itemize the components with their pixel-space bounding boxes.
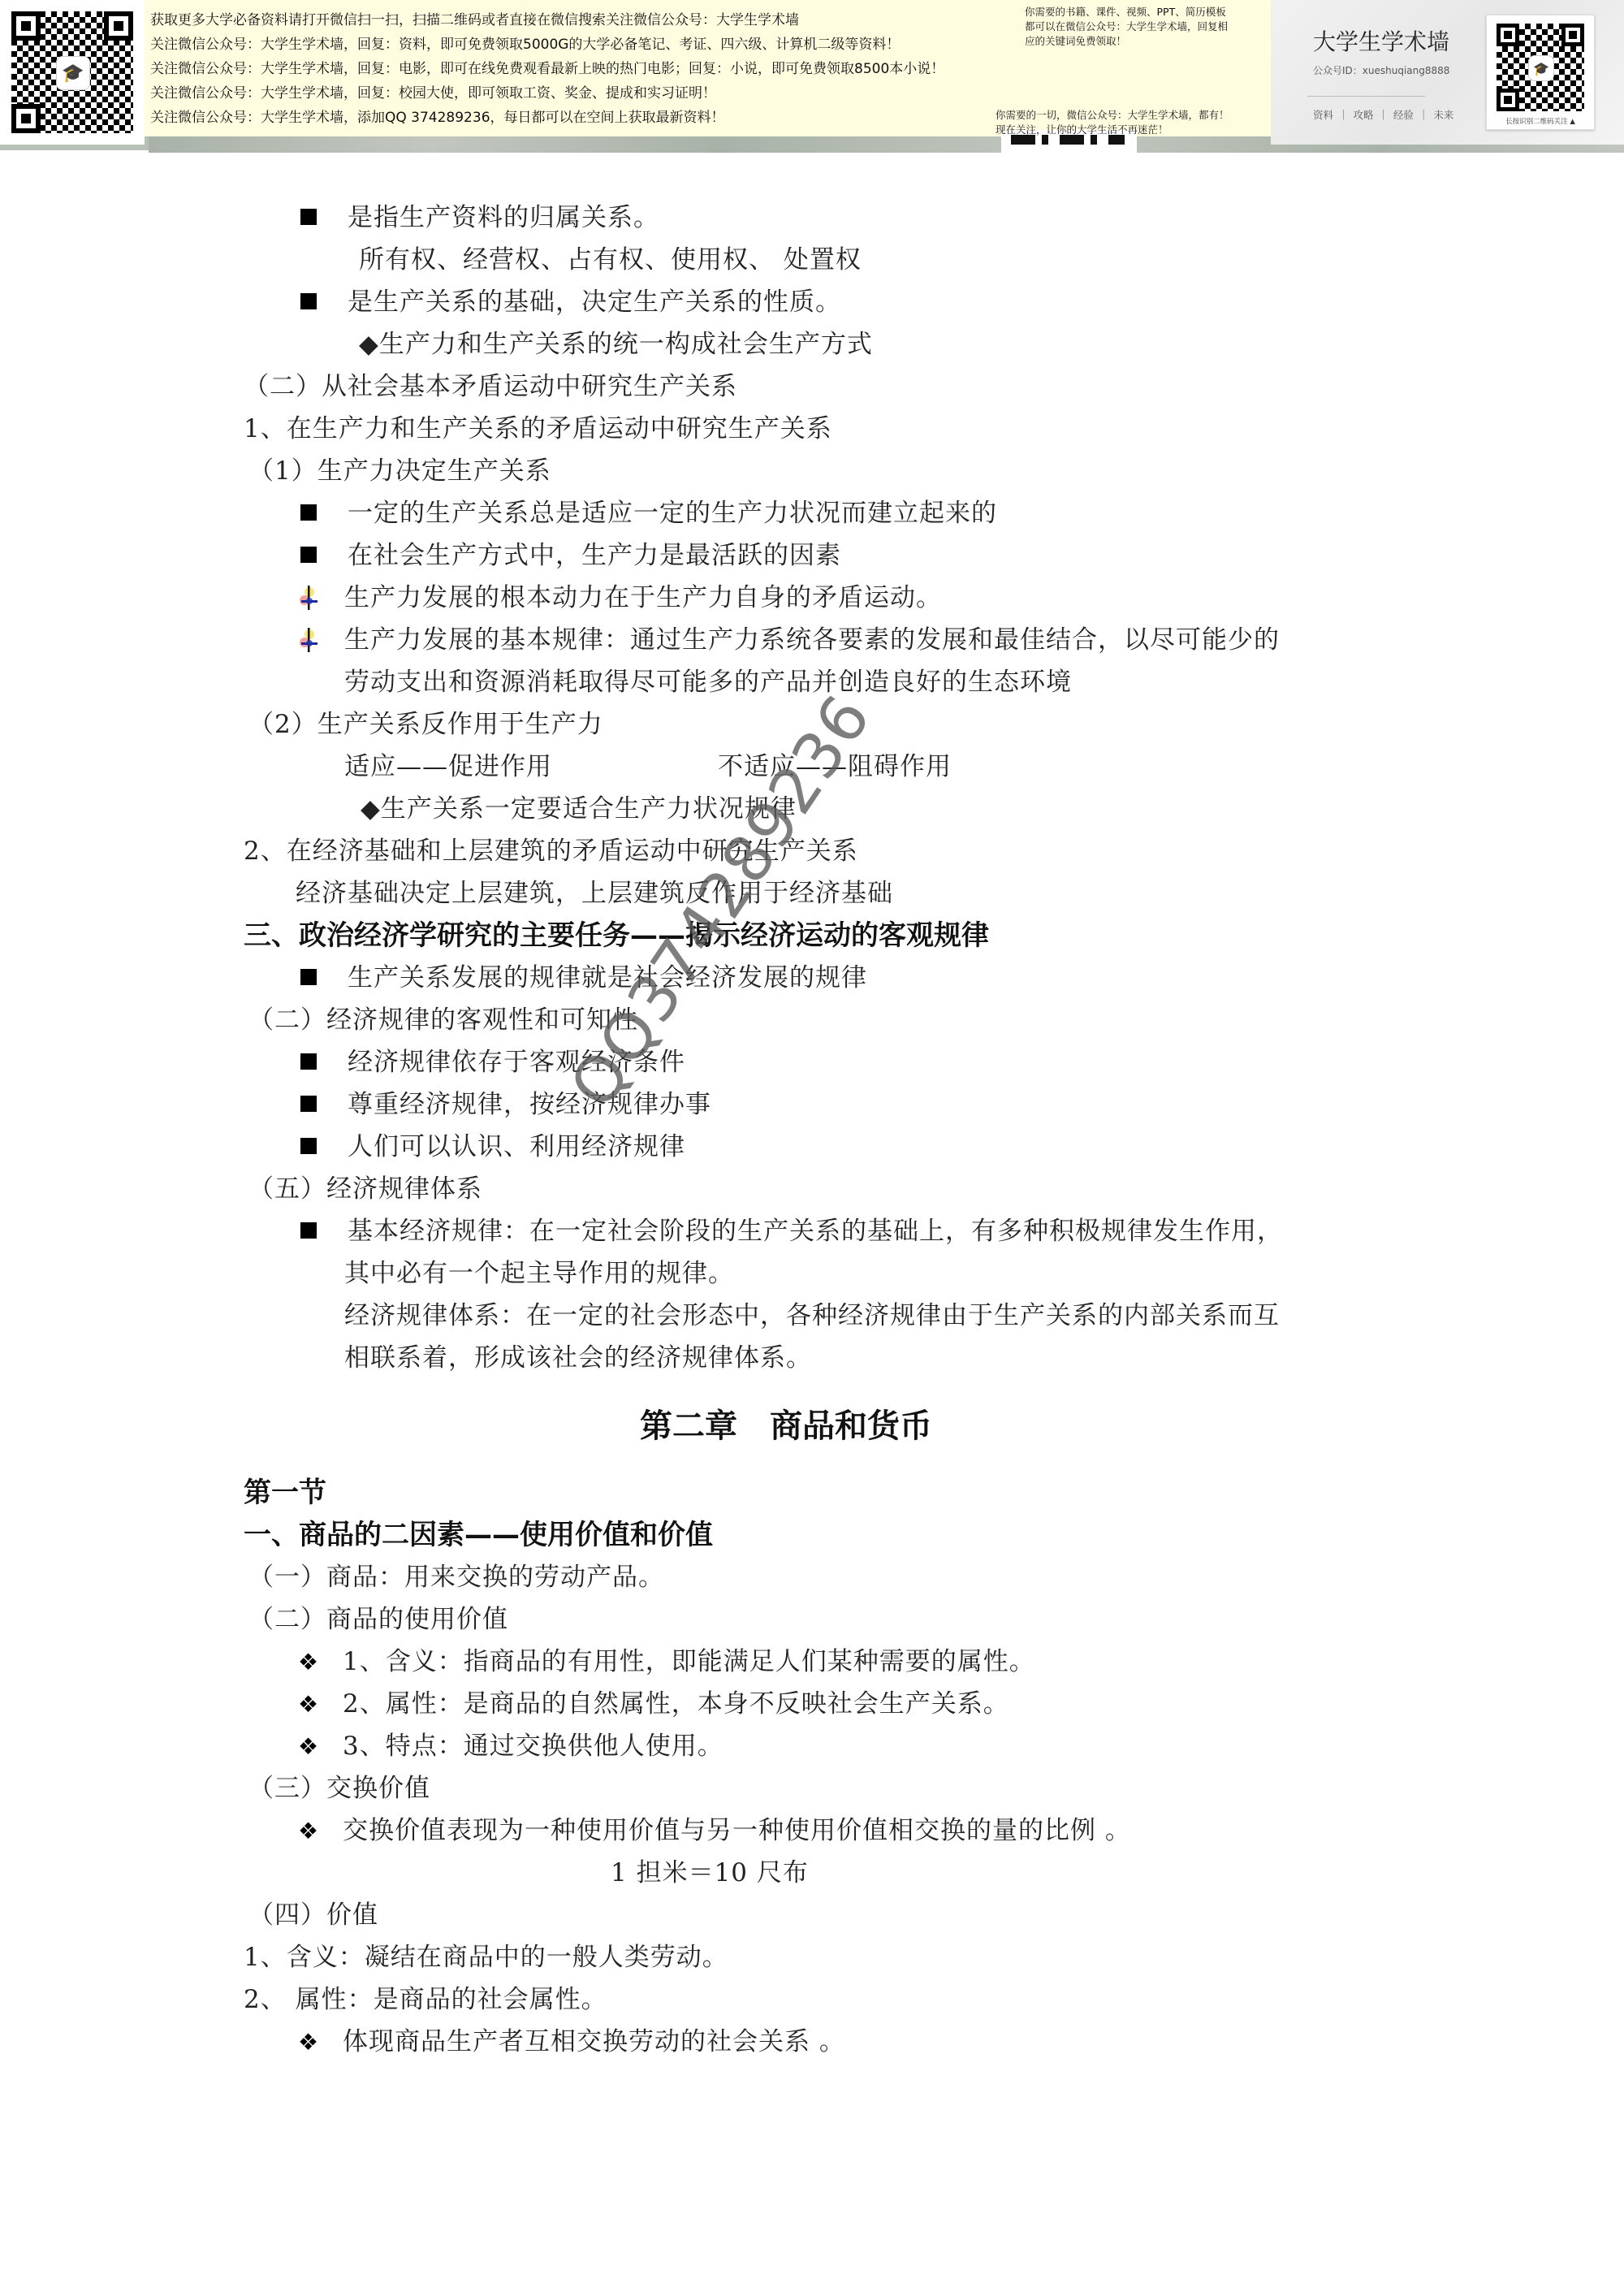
brand-tags: 资料 ｜ 攻略 ｜ 经验 ｜ 未来 <box>1313 107 1453 122</box>
graduation-cap-icon: 🎓 <box>1528 55 1554 81</box>
text-line: 相联系着，形成该社会的经济规律体系。 <box>344 1342 812 1374</box>
brand-account-id: 公众号ID：xueshuqiang8888 <box>1313 63 1449 77</box>
note-line: 都可以在微信公众号：大学生学术墙，回复相 <box>1025 19 1228 34</box>
line-text: 三、政治经济学研究的主要任务——揭示经济运动的客观规律 <box>244 919 989 952</box>
text-line: ◆生产力和生产关系的统一构成社会生产方式 <box>359 328 873 361</box>
text-line: 生产力发展的根本动力在于生产力自身的矛盾运动。 <box>297 582 942 614</box>
text-line: 是指生产资料的归属关系。 <box>300 201 659 234</box>
line-text: 人们可以认识、利用经济规律 <box>348 1132 685 1161</box>
line-text: 2、 属性：是商品的社会属性。 <box>244 1985 607 2014</box>
note-line: 现在关注，让你的大学生活不再迷茫！ <box>996 123 1229 137</box>
line-text: 一、商品的二因素——使用价值和价值 <box>244 1519 713 1551</box>
line-text: 生产力发展的根本动力在于生产力自身的矛盾运动。 <box>344 583 942 612</box>
text-line: （二）商品的使用价值 <box>248 1603 508 1636</box>
text-line: 生产关系发展的规律就是社会经济发展的规律 <box>300 962 867 994</box>
text-line: 生产力发展的基本规律：通过生产力系统各要素的发展和最佳结合，以尽可能少的 <box>297 624 1280 656</box>
line-text: （二）从社会基本矛盾运动中研究生产关系 <box>244 372 737 401</box>
arrow-bullet-icon <box>297 580 320 612</box>
line-text: 尊重经济规律，按经济规律办事 <box>348 1090 711 1119</box>
note-line: 应的关键词免费领取！ <box>1025 34 1228 49</box>
line-text: （四）价值 <box>248 1900 378 1930</box>
line-text: 生产力发展的基本规律：通过生产力系统各要素的发展和最佳结合，以尽可能少的 <box>344 625 1280 655</box>
graduation-cap-icon: 🎓 <box>56 56 90 90</box>
line-text: 1、在生产力和生产关系的矛盾运动中研究生产关系 <box>244 414 832 443</box>
line-text: 经济规律体系：在一定的社会形态中，各种经济规律由于生产关系的内部关系而互 <box>344 1301 1280 1330</box>
line-text: （1）生产力决定生产关系 <box>248 456 551 486</box>
text-line: 其中必有一个起主导作用的规律。 <box>344 1257 734 1290</box>
text-line: 经济规律体系：在一定的社会形态中，各种经济规律由于生产关系的内部关系而互 <box>344 1299 1280 1332</box>
text-line: 尊重经济规律，按经济规律办事 <box>300 1088 711 1121</box>
banner-texture-strip <box>149 136 1001 153</box>
line-text: 1、含义：指商品的有用性，即能满足人们某种需要的属性。 <box>343 1647 1035 1676</box>
note-line: 你需要的一切，微信公众号：大学生学术墙，都有！ <box>996 108 1229 123</box>
text-line: 一定的生产关系总是适应一定的生产力状况而建立起来的 <box>300 497 997 530</box>
qr-code-left[interactable]: 🎓 <box>0 0 145 145</box>
square-bullet-icon <box>300 1096 317 1112</box>
line-text: 经济基础决定上层建筑，上层建筑反作用于经济基础 <box>296 879 893 908</box>
square-bullet-icon <box>300 293 317 309</box>
text-line: 1、在生产力和生产关系的矛盾运动中研究生产关系 <box>244 413 832 445</box>
text-line: 在社会生产方式中，生产力是最活跃的因素 <box>300 539 841 572</box>
square-bullet-icon <box>300 504 317 521</box>
text-line: 人们可以认识、利用经济规律 <box>300 1131 685 1163</box>
qr-code-icon: 🎓 <box>11 11 133 133</box>
chapter-title: 第二章 商品和货币 <box>640 1410 932 1442</box>
line-text: 1 担米＝10 尺布 <box>611 1858 809 1887</box>
section-heading: 第一节 <box>244 1477 326 1509</box>
qr-caption: 长按识别二维码关注 ▲ <box>1487 116 1594 126</box>
banner-line: 关注微信公众号：大学生学术墙，回复：电影，即可在线免费观看最新上映的热门电影；回… <box>150 57 995 81</box>
ad-banner: 🎓 获取更多大学必备资料请打开微信扫一扫，扫描二维码或者直接在微信搜索关注微信公… <box>0 0 1624 150</box>
text-line: （五）经济规律体系 <box>248 1173 482 1205</box>
text-line: 是生产关系的基础，决定生产关系的性质。 <box>300 286 841 318</box>
line-text: 相联系着，形成该社会的经济规律体系。 <box>344 1343 812 1373</box>
banner-line: 关注微信公众号：大学生学术墙，添加QQ 374289236，每日都可以在空间上获… <box>150 106 995 130</box>
text-line: ❖1、含义：指商品的有用性，即能满足人们某种需要的属性。 <box>296 1645 1035 1679</box>
text-line: （四）价值 <box>248 1899 378 1931</box>
line-text: 生产关系发展的规律就是社会经济发展的规律 <box>348 963 867 992</box>
square-bullet-icon <box>300 547 317 563</box>
note-line: 你需要的书籍、课件、视频、PPT、简历模板 <box>1025 5 1228 19</box>
square-bullet-icon <box>300 1138 317 1154</box>
line-text: （三）交换价值 <box>248 1774 430 1803</box>
line-text: 是生产关系的基础，决定生产关系的性质。 <box>348 288 841 317</box>
square-bullet-icon <box>300 1053 317 1070</box>
text-line: 1、含义：凝结在商品中的一般人类劳动。 <box>244 1941 728 1974</box>
line-text: （二）经济规律的客观性和可知性 <box>248 1005 638 1035</box>
square-bullet-icon <box>300 969 317 985</box>
line-text: 交换价值表现为一种使用价值与另一种使用价值相交换的量的比例 。 <box>343 1816 1131 1845</box>
text-line: （二）经济规律的客观性和可知性 <box>248 1004 638 1036</box>
banner-promo-lines: 获取更多大学必备资料请打开微信扫一扫，扫描二维码或者直接在微信搜索关注微信公众号… <box>150 8 995 130</box>
banner-note-bottom: 你需要的一切，微信公众号：大学生学术墙，都有！ 现在关注，让你的大学生活不再迷茫… <box>996 108 1229 137</box>
four-diamond-bullet-icon: ❖ <box>296 1731 322 1763</box>
text-line: 所有权、经营权、占有权、使用权、 处置权 <box>359 244 862 276</box>
line-text: 第二章 商品和货币 <box>640 1407 932 1445</box>
text-line: 基本经济规律：在一定社会阶段的生产关系的基础上，有多种积极规律发生作用， <box>300 1215 1283 1247</box>
section-heading: 三、政治经济学研究的主要任务——揭示经济运动的客观规律 <box>244 919 989 952</box>
text-line: ❖交换价值表现为一种使用价值与另一种使用价值相交换的量的比例 。 <box>296 1814 1131 1848</box>
text-line: （三）交换价值 <box>248 1772 430 1805</box>
arrow-bullet-icon <box>297 622 320 655</box>
square-bullet-icon <box>300 1222 317 1239</box>
text-line: （1）生产力决定生产关系 <box>248 455 551 487</box>
text-line: 1 担米＝10 尺布 <box>611 1857 809 1889</box>
banner-line: 关注微信公众号：大学生学术墙，回复：校园大使，即可领取工资、奖金、提成和实习证明… <box>150 81 995 106</box>
four-diamond-bullet-icon: ❖ <box>296 1688 322 1721</box>
banner-line: 获取更多大学必备资料请打开微信扫一扫，扫描二维码或者直接在微信搜索关注微信公众号… <box>150 8 995 32</box>
text-line: 经济基础决定上层建筑，上层建筑反作用于经济基础 <box>296 877 893 910</box>
line-text: 其中必有一个起主导作用的规律。 <box>344 1259 734 1288</box>
banner-note-top: 你需要的书籍、课件、视频、PPT、简历模板 都可以在微信公众号：大学生学术墙，回… <box>1025 5 1228 49</box>
line-text: 第一节 <box>244 1477 326 1509</box>
banner-line: 关注微信公众号：大学生学术墙，回复：资料，即可免费领取5000G的大学必备笔记、… <box>150 32 995 57</box>
line-text: 3、特点：通过交换供他人使用。 <box>343 1732 723 1761</box>
line-text: 在社会生产方式中，生产力是最活跃的因素 <box>348 541 841 570</box>
line-text: 1、含义：凝结在商品中的一般人类劳动。 <box>244 1943 728 1972</box>
text-line: ❖3、特点：通过交换供他人使用。 <box>296 1730 723 1763</box>
text-line: ❖2、属性：是商品的自然属性，本身不反映社会生产关系。 <box>296 1688 1009 1721</box>
divider <box>1307 96 1425 97</box>
line-text: 一定的生产关系总是适应一定的生产力状况而建立起来的 <box>348 499 997 528</box>
text-line: 劳动支出和资源消耗取得尽可能多的产品并创造良好的生态环境 <box>344 666 1072 698</box>
line-text: （2）生产关系反作用于生产力 <box>248 710 603 739</box>
line-text: （一）商品：用来交换的劳动产品。 <box>248 1563 664 1592</box>
brand-title: 大学生学术墙 <box>1313 24 1449 57</box>
square-bullet-icon <box>300 209 317 225</box>
four-diamond-bullet-icon: ❖ <box>296 2026 322 2059</box>
qr-code-right[interactable]: 🎓 长按识别二维码关注 ▲ <box>1486 15 1595 130</box>
line-text: （二）商品的使用价值 <box>248 1605 508 1634</box>
text-line: （2）生产关系反作用于生产力 <box>248 708 603 741</box>
line-text: 是指生产资料的归属关系。 <box>348 203 659 232</box>
line-text: 劳动支出和资源消耗取得尽可能多的产品并创造良好的生态环境 <box>344 668 1072 697</box>
line-text: 适应——促进作用 <box>344 752 552 781</box>
text-line: （二）从社会基本矛盾运动中研究生产关系 <box>244 370 737 403</box>
section-heading: 一、商品的二因素——使用价值和价值 <box>244 1519 713 1551</box>
four-diamond-bullet-icon: ❖ <box>296 1815 322 1848</box>
line-text: 体现商品生产者互相交换劳动的社会关系 。 <box>343 2027 845 2056</box>
line-text: 基本经济规律：在一定社会阶段的生产关系的基础上，有多种积极规律发生作用， <box>348 1217 1283 1246</box>
line-text: 所有权、经营权、占有权、使用权、 处置权 <box>359 245 862 275</box>
line-text: ◆生产力和生产关系的统一构成社会生产方式 <box>359 330 873 359</box>
four-diamond-bullet-icon: ❖ <box>296 1646 322 1679</box>
text-line: 2、 属性：是商品的社会属性。 <box>244 1983 607 2016</box>
text-line: （一）商品：用来交换的劳动产品。 <box>248 1561 664 1593</box>
text-line: 适应——促进作用 <box>344 750 552 783</box>
line-text: （五）经济规律体系 <box>248 1174 482 1204</box>
text-line: ❖体现商品生产者互相交换劳动的社会关系 。 <box>296 2026 845 2059</box>
line-text: 2、属性：是商品的自然属性，本身不反映社会生产关系。 <box>343 1689 1009 1719</box>
qr-code-icon: 🎓 <box>1497 24 1584 111</box>
